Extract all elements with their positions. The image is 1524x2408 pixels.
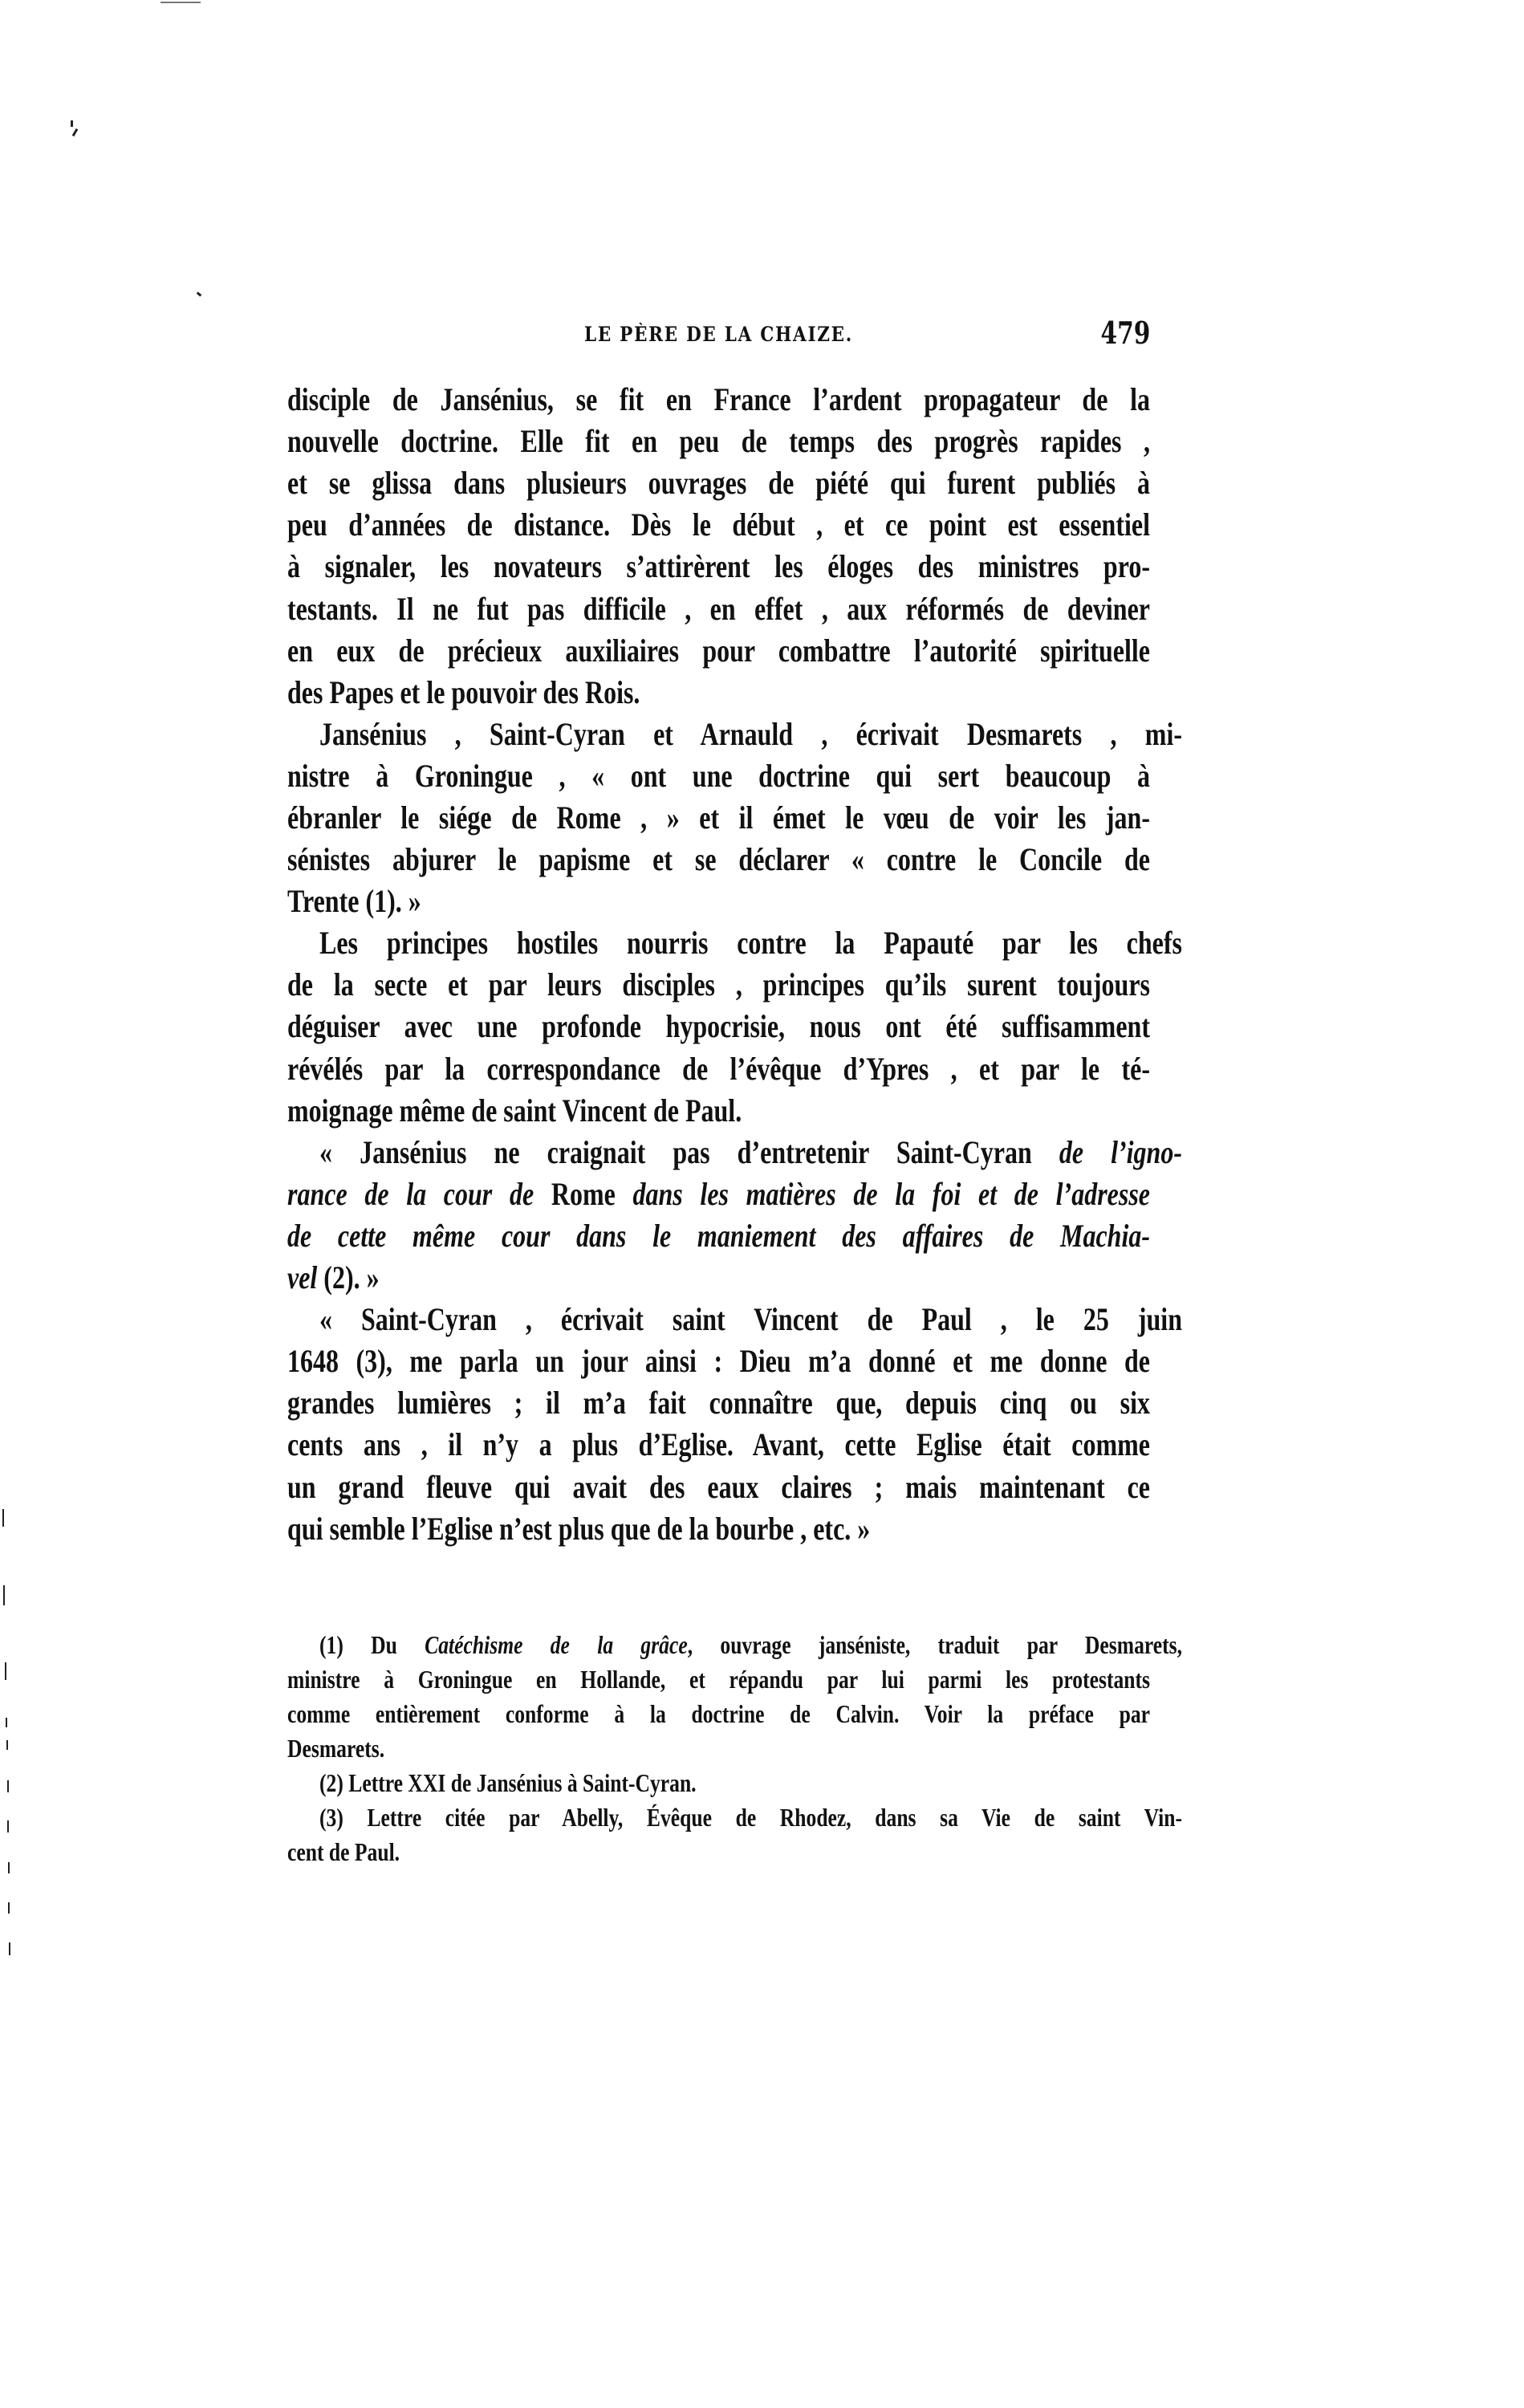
text-run: nouvelle doctrine. Elle fit en peu de te… bbox=[287, 423, 1150, 459]
text-run: des Papes et le pouvoir des Rois. bbox=[287, 674, 640, 710]
italic-text: de l’igno- bbox=[1059, 1134, 1182, 1170]
text-run: « Saint-Cyran , écrivait saint Vincent d… bbox=[319, 1301, 1182, 1337]
text-run: « Jansénius ne craignait pas d’entreteni… bbox=[319, 1134, 1059, 1170]
text-run: qui semble l’Eglise n’est plus que de la… bbox=[287, 1511, 870, 1547]
body-line: rance de la cour de Rome dans les matièr… bbox=[287, 1175, 1150, 1214]
text-run: disciple de Jansénius, se fit en France … bbox=[287, 381, 1150, 417]
body-line: un grand fleuve qui avait des eaux clair… bbox=[287, 1468, 1150, 1507]
scan-speck bbox=[71, 120, 73, 127]
text-run: déguiser avec une profonde hypocrisie, n… bbox=[287, 1008, 1150, 1044]
body-line: 1648 (3), me parla un jour ainsi : Dieu … bbox=[287, 1342, 1150, 1381]
text-run: un grand fleuve qui avait des eaux clair… bbox=[287, 1469, 1150, 1505]
body-line: « Saint-Cyran , écrivait saint Vincent d… bbox=[287, 1300, 1182, 1339]
margin-mark bbox=[6, 1718, 7, 1727]
text-run: cent de Paul. bbox=[287, 1837, 400, 1866]
text-run: cents ans , il n’y a plus d’Eglise. Avan… bbox=[287, 1426, 1150, 1462]
text-run: testants. Il ne fut pas difficile , en e… bbox=[287, 591, 1150, 627]
margin-mark bbox=[5, 1662, 6, 1680]
text-run: Desmarets. bbox=[287, 1734, 384, 1763]
italic-text: dans les matières de la foi et de l’adre… bbox=[616, 1176, 1150, 1212]
text-run: Les principes hostiles nourris contre la… bbox=[319, 925, 1182, 961]
body-line: grandes lumières ; il m’a fait connaître… bbox=[287, 1384, 1150, 1422]
text-run: nistre à Groningue , « ont une doctrine … bbox=[287, 758, 1150, 794]
running-head: LE PÈRE DE LA CHAIZE. 479 bbox=[287, 319, 1150, 355]
text-run: (1) Du bbox=[319, 1630, 425, 1659]
footnote-line: cent de Paul. bbox=[287, 1837, 1150, 1867]
body-line: de la secte et par leurs disciples , pri… bbox=[287, 966, 1150, 1004]
body-line: Trente (1). » bbox=[287, 882, 1150, 921]
margin-mark bbox=[8, 1902, 10, 1914]
margin-mark bbox=[2, 1509, 4, 1527]
footnote-line: ministre à Groningue en Hollande, et rép… bbox=[287, 1664, 1150, 1694]
body-line: ébranler le siége de Rome , » et il émet… bbox=[287, 799, 1150, 837]
body-line: peu d’années de distance. Dès le début ,… bbox=[287, 506, 1150, 544]
body-line: « Jansénius ne craignait pas d’entreteni… bbox=[287, 1133, 1182, 1172]
body-line: moignage même de saint Vincent de Paul. bbox=[287, 1092, 1150, 1130]
text-run: et se glissa dans plusieurs ouvrages de … bbox=[287, 465, 1150, 501]
margin-mark bbox=[3, 1585, 5, 1605]
running-title: LE PÈRE DE LA CHAIZE. bbox=[347, 323, 1090, 346]
italic-text: vel bbox=[287, 1259, 317, 1296]
margin-mark bbox=[7, 1780, 9, 1792]
text-run: (2) Lettre XXI de Jansénius à Saint-Cyra… bbox=[319, 1768, 697, 1797]
body-line: nouvelle doctrine. Elle fit en peu de te… bbox=[287, 422, 1150, 461]
body-line: et se glissa dans plusieurs ouvrages de … bbox=[287, 464, 1150, 502]
text-run: moignage même de saint Vincent de Paul. bbox=[287, 1092, 742, 1129]
text-run: Rome bbox=[551, 1176, 616, 1212]
body-line: qui semble l’Eglise n’est plus que de la… bbox=[287, 1510, 1150, 1548]
footnote-line: Desmarets. bbox=[287, 1733, 1150, 1763]
scan-speck bbox=[72, 128, 79, 136]
text-run: révélés par la correspondance de l’évêqu… bbox=[287, 1051, 1150, 1087]
text-run: ébranler le siége de Rome , » et il émet… bbox=[287, 799, 1150, 836]
footnote-line: (2) Lettre XXI de Jansénius à Saint-Cyra… bbox=[287, 1767, 1182, 1798]
footnote-line: comme entièrement conforme à la doctrine… bbox=[287, 1698, 1150, 1729]
body-line: nistre à Groningue , « ont une doctrine … bbox=[287, 757, 1150, 795]
scan-speck bbox=[197, 291, 202, 296]
text-run: grandes lumières ; il m’a fait connaître… bbox=[287, 1385, 1150, 1421]
text-run: en eux de précieux auxiliaires pour comb… bbox=[287, 633, 1150, 669]
text-run: 1648 (3), me parla un jour ainsi : Dieu … bbox=[287, 1343, 1150, 1379]
text-run: (3) Lettre citée par Abelly, Évêque de R… bbox=[319, 1803, 1182, 1832]
body-line: cents ans , il n’y a plus d’Eglise. Avan… bbox=[287, 1426, 1150, 1464]
text-run: Trente (1). » bbox=[287, 883, 421, 919]
text-run: peu d’années de distance. Dès le début ,… bbox=[287, 506, 1150, 543]
margin-mark bbox=[7, 1820, 9, 1832]
text-run: Jansénius , Saint-Cyran et Arnauld , écr… bbox=[319, 716, 1182, 752]
page-number: 479 bbox=[1100, 315, 1150, 351]
book-page: LE PÈRE DE LA CHAIZE. 479 disciple de Ja… bbox=[0, 0, 1524, 2408]
italic-text: de cette même cour dans le maniement des… bbox=[287, 1218, 1150, 1254]
margin-mark bbox=[8, 1862, 10, 1873]
body-line: Les principes hostiles nourris contre la… bbox=[287, 924, 1182, 962]
body-line: disciple de Jansénius, se fit en France … bbox=[287, 380, 1150, 419]
body-line: de cette même cour dans le maniement des… bbox=[287, 1217, 1150, 1255]
body-line: vel (2). » bbox=[287, 1259, 1150, 1297]
text-run: sénistes abjurer le papisme et se déclar… bbox=[287, 841, 1150, 877]
body-line: des Papes et le pouvoir des Rois. bbox=[287, 673, 1150, 712]
text-run: ministre à Groningue en Hollande, et rép… bbox=[287, 1665, 1150, 1694]
body-line: à signaler, les novateurs s’attirèrent l… bbox=[287, 547, 1150, 586]
body-line: sénistes abjurer le papisme et se déclar… bbox=[287, 840, 1150, 879]
body-line: déguiser avec une profonde hypocrisie, n… bbox=[287, 1007, 1150, 1046]
text-run: comme entièrement conforme à la doctrine… bbox=[287, 1699, 1150, 1728]
text-run: à signaler, les novateurs s’attirèrent l… bbox=[287, 548, 1150, 584]
italic-text: rance de la cour de bbox=[287, 1176, 551, 1212]
footnote-line: (1) Du Catéchisme de la grâce, ouvrage j… bbox=[287, 1629, 1182, 1660]
body-line: Jansénius , Saint-Cyran et Arnauld , écr… bbox=[287, 715, 1182, 754]
text-run: (2). » bbox=[317, 1259, 379, 1296]
margin-mark bbox=[6, 1740, 8, 1750]
body-line: en eux de précieux auxiliaires pour comb… bbox=[287, 632, 1150, 670]
body-line: testants. Il ne fut pas difficile , en e… bbox=[287, 590, 1150, 628]
scan-speck bbox=[161, 2, 201, 3]
text-run: , ouvrage janséniste, traduit par Desmar… bbox=[688, 1630, 1182, 1659]
text-run: de la secte et par leurs disciples , pri… bbox=[287, 966, 1150, 1003]
footnote-line: (3) Lettre citée par Abelly, Évêque de R… bbox=[287, 1802, 1182, 1832]
margin-mark bbox=[9, 1942, 10, 1955]
italic-text: Catéchisme de la grâce bbox=[425, 1630, 688, 1659]
body-line: révélés par la correspondance de l’évêqu… bbox=[287, 1050, 1150, 1088]
